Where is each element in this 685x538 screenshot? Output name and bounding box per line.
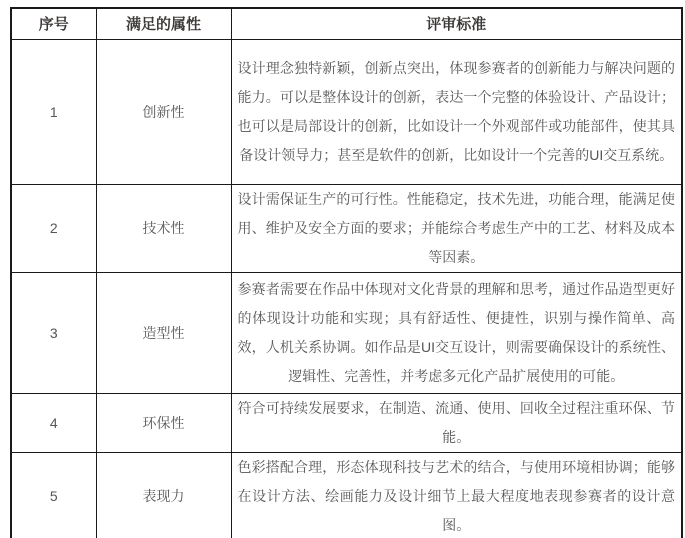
header-cell-criteria: 评审标准 [231,8,682,39]
table-row: 2 技术性 设计需保证生产的可行性。性能稳定，技术先进，功能合理，能满足使用、维… [11,184,682,272]
criteria-cell: 设计理念独特新颖，创新点突出，体现参赛者的创新能力与解决问题的能力。可以是整体设… [231,39,682,184]
review-criteria-table: 序号 满足的属性 评审标准 1 创新性 设计理念独特新颖，创新点突出，体现参赛者… [10,7,683,538]
table-row: 5 表现力 色彩搭配合理，形态体现科技与艺术的结合，与使用环境相协调；能够在设计… [11,452,682,538]
header-cell-attribute: 满足的属性 [96,8,231,39]
criteria-cell: 设计需保证生产的可行性。性能稳定，技术先进，功能合理，能满足使用、维护及安全方面… [231,184,682,272]
attribute-cell: 技术性 [96,184,231,272]
criteria-cell: 参赛者需要在作品中体现对文化背景的理解和思考，通过作品造型更好的体现设计功能和实… [231,272,682,393]
attribute-cell: 创新性 [96,39,231,184]
table-header-row: 序号 满足的属性 评审标准 [11,8,682,39]
row-number-cell: 1 [11,39,96,184]
header-cell-no: 序号 [11,8,96,39]
criteria-cell: 符合可持续发展要求，在制造、流通、使用、回收全过程注重环保、节能。 [231,393,682,452]
attribute-cell: 表现力 [96,452,231,538]
row-number-cell: 5 [11,452,96,538]
table-row: 3 造型性 参赛者需要在作品中体现对文化背景的理解和思考，通过作品造型更好的体现… [11,272,682,393]
criteria-cell: 色彩搭配合理，形态体现科技与艺术的结合，与使用环境相协调；能够在设计方法、绘画能… [231,452,682,538]
row-number-cell: 4 [11,393,96,452]
table-row: 1 创新性 设计理念独特新颖，创新点突出，体现参赛者的创新能力与解决问题的能力。… [11,39,682,184]
attribute-cell: 环保性 [96,393,231,452]
table-row: 4 环保性 符合可持续发展要求，在制造、流通、使用、回收全过程注重环保、节能。 [11,393,682,452]
row-number-cell: 2 [11,184,96,272]
attribute-cell: 造型性 [96,272,231,393]
row-number-cell: 3 [11,272,96,393]
